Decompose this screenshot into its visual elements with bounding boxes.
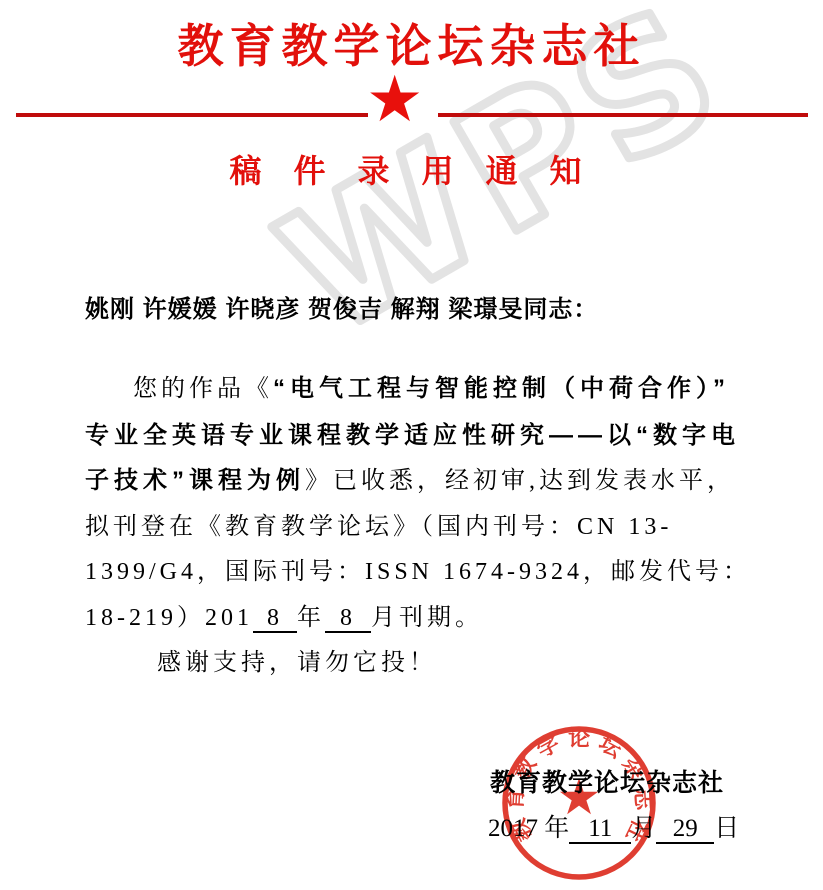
header-rule-left: [16, 113, 368, 117]
acceptance-notice-document: WPS 教育教学论坛杂志社 ★ 稿 件 录 用 通 知 姚刚 许媛媛 许晓彦 贺…: [0, 0, 823, 890]
closing-line: 感谢支持，请勿它投！: [85, 641, 753, 687]
date-day-blank: 29: [656, 816, 714, 844]
notice-title: 稿 件 录 用 通 知: [0, 146, 823, 192]
body-text: 月刊期。: [371, 605, 483, 631]
letter-body: 姚刚 许媛媛 许晓彦 贺俊吉 解翔 梁璟旻同志： 您的作品《“电气工程与智能控制…: [85, 290, 753, 687]
body-line-5: 1399/G4，国际刊号：ISSN 1674-9324，邮发代号：: [85, 550, 753, 596]
signature-date: 2017 年11月29日: [488, 808, 739, 844]
body-line-1: 您的作品《“电气工程与智能控制（中荷合作）”: [85, 366, 753, 413]
header-rule-right: [438, 113, 808, 117]
paper-title-bold: “电气工程与智能控制（中荷合作）”: [273, 375, 730, 402]
paper-title-bold: 子技术”课程为例: [85, 467, 305, 494]
signature-org: 教育教学论坛杂志社: [490, 763, 724, 799]
body-line-6: 18-219）2018年8月刊期。: [85, 596, 753, 642]
seal-ring: [505, 729, 653, 877]
year-label: 年: [297, 605, 325, 631]
month-blank: 8: [325, 605, 371, 633]
body-text: 18-219）201: [85, 605, 253, 631]
body-text: 您的作品《: [133, 376, 273, 402]
date-month-label: 月: [631, 815, 656, 842]
date-month-blank: 11: [569, 816, 631, 844]
body-line-4: 拟刊登在《教育教学论坛》（国内刊号：CN 13-: [85, 505, 753, 551]
star-icon: ★: [366, 68, 423, 132]
salutation-line: 姚刚 许媛媛 许晓彦 贺俊吉 解翔 梁璟旻同志：: [85, 290, 753, 330]
official-seal: 教育教学论坛杂志社 ★: [500, 724, 658, 882]
year-blank: 8: [253, 605, 297, 633]
closing-text: 感谢支持，请勿它投！: [157, 650, 437, 676]
body-line-2: 专业全英语专业课程教学适应性研究——以“数字电: [85, 413, 753, 459]
body-text: 》已收悉，经初审,达到发表水平，: [305, 468, 735, 494]
body-line-3: 子技术”课程为例》已收悉，经初审,达到发表水平，: [85, 458, 753, 505]
date-prefix: 2017 年: [488, 815, 569, 842]
date-day-label: 日: [714, 815, 739, 842]
